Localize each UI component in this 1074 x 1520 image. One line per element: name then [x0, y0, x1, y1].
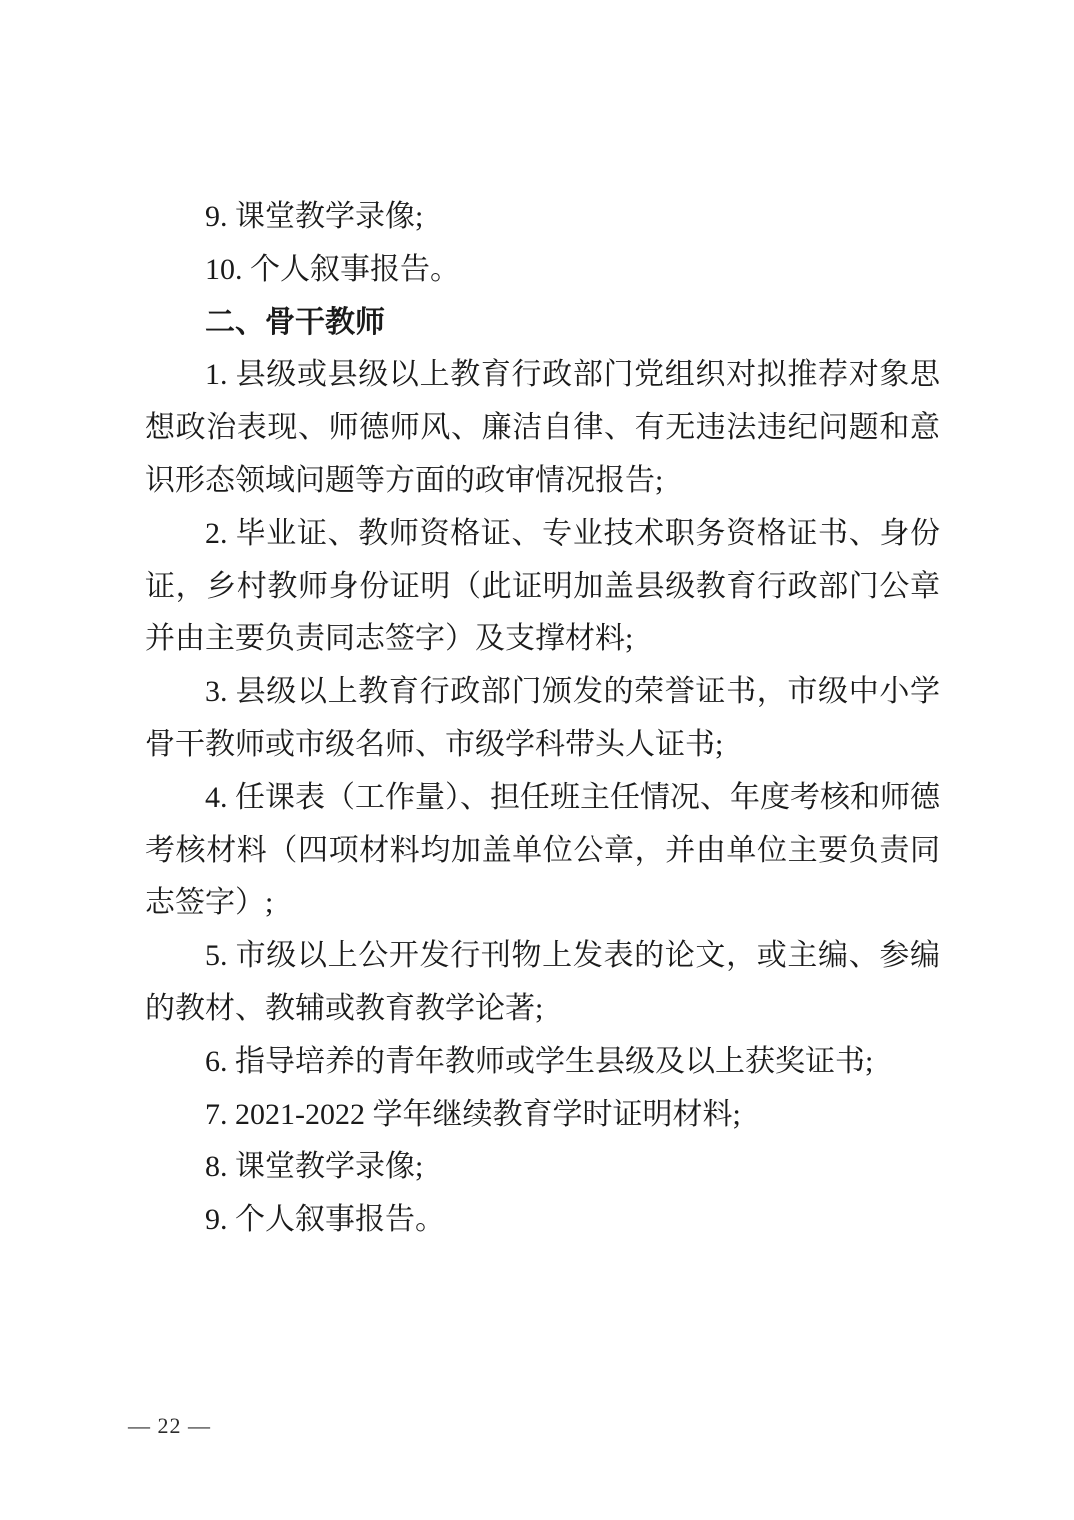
backbone-teacher-item-4: 4. 任课表（工作量）、担任班主任情况、年度考核和师德考核材料（四项材料均加盖单… [145, 772, 940, 930]
backbone-teacher-item-3: 3. 县级以上教育行政部门颁发的荣誉证书，市级中小学骨干教师或市级名师、市级学科… [145, 666, 940, 772]
document-body: 9. 课堂教学录像; 10. 个人叙事报告。 二、骨干教师 1. 县级或县级以上… [145, 191, 940, 1247]
backbone-teacher-item-9: 9. 个人叙事报告。 [145, 1194, 940, 1247]
section-2-heading: 二、骨干教师 [145, 297, 940, 350]
backbone-teacher-item-2: 2. 毕业证、教师资格证、专业技术职务资格证书、身份证，乡村教师身份证明（此证明… [145, 508, 940, 666]
backbone-teacher-item-5: 5. 市级以上公开发行刊物上发表的论文，或主编、参编的教材、教辅或教育教学论著; [145, 930, 940, 1036]
backbone-teacher-item-7: 7. 2021-2022 学年继续教育学时证明材料; [145, 1089, 940, 1142]
backbone-teacher-item-1: 1. 县级或县级以上教育行政部门党组织对拟推荐对象思想政治表现、师德师风、廉洁自… [145, 349, 940, 507]
page-number: — 22 — [128, 1413, 211, 1438]
document-page: 9. 课堂教学录像; 10. 个人叙事报告。 二、骨干教师 1. 县级或县级以上… [0, 0, 1074, 1520]
prev-section-item-10: 10. 个人叙事报告。 [145, 244, 940, 297]
backbone-teacher-item-8: 8. 课堂教学录像; [145, 1141, 940, 1194]
page-footer: — 22 — [128, 1413, 211, 1439]
backbone-teacher-item-6: 6. 指导培养的青年教师或学生县级及以上获奖证书; [145, 1036, 940, 1089]
prev-section-item-9: 9. 课堂教学录像; [145, 191, 940, 244]
